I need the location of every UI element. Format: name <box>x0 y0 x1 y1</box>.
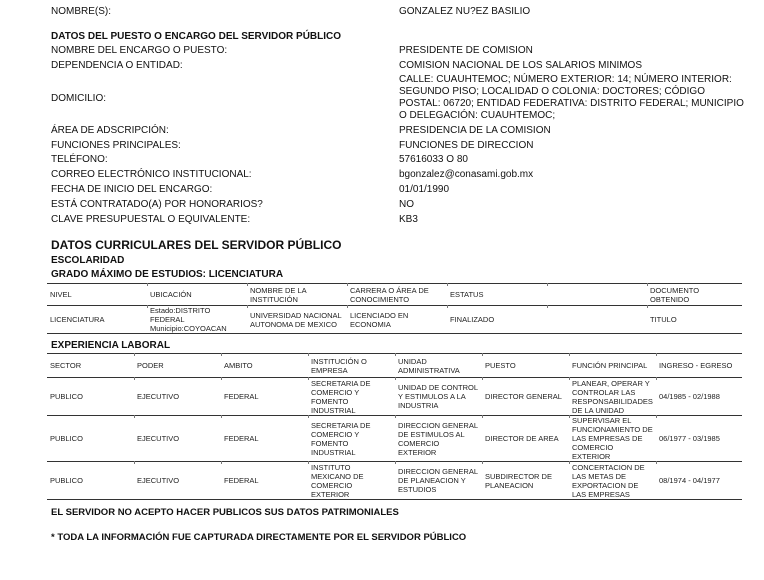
table-row: PUBLICO EJECUTIVO FEDERAL INSTITUTO MEXI… <box>47 462 742 500</box>
cell: FINALIZADO <box>447 306 547 334</box>
cell: DIRECCION GENERAL DE ESTIMULOS AL COMERC… <box>395 416 482 462</box>
field-value: FUNCIONES DE DIRECCION <box>399 140 749 152</box>
cell: PUBLICO <box>47 416 134 462</box>
table-row: PUBLICO EJECUTIVO FEDERAL SECRETARIA DE … <box>47 416 742 462</box>
education-header-row: NIVEL UBICACIÓN NOMBRE DE LA INSTITUCIÓN… <box>47 284 742 306</box>
cell: EJECUTIVO <box>134 378 221 416</box>
education-table: NIVEL UBICACIÓN NOMBRE DE LA INSTITUCIÓN… <box>47 283 742 334</box>
experiencia-heading: EXPERIENCIA LABORAL <box>51 340 170 351</box>
cell: EJECUTIVO <box>134 416 221 462</box>
cell: LICENCIATURA <box>47 306 147 334</box>
cell: DIRECTOR DE AREA <box>482 416 569 462</box>
cell: UNIVERSIDAD NACIONAL AUTONOMA DE MEXICO <box>247 306 347 334</box>
col-header: PODER <box>134 354 221 378</box>
table-row: PUBLICO EJECUTIVO FEDERAL SECRETARIA DE … <box>47 378 742 416</box>
field-label: CLAVE PRESUPUESTAL O EQUIVALENTE: <box>51 214 250 226</box>
capture-note: * TODA LA INFORMACIÓN FUE CAPTURADA DIRE… <box>51 532 466 543</box>
cell: UNIDAD DE CONTROL Y ESTIMULOS A LA INDUS… <box>395 378 482 416</box>
cell: FEDERAL <box>221 378 308 416</box>
field-value: 57616033 O 80 <box>399 154 749 166</box>
col-header: UBICACIÓN <box>147 284 247 306</box>
col-header: PUESTO <box>482 354 569 378</box>
field-value: PRESIDENCIA DE LA COMISION <box>399 125 749 137</box>
nombre-value: GONZALEZ NU?EZ BASILIO <box>399 6 749 18</box>
cell: EJECUTIVO <box>134 462 221 500</box>
nombre-label: NOMBRE(S): <box>51 6 111 18</box>
field-label: FUNCIONES PRINCIPALES: <box>51 140 181 152</box>
table-row: LICENCIATURA Estado:DISTRITO FEDERAL Mun… <box>47 306 742 334</box>
cell: 06/1977 - 03/1985 <box>656 416 742 462</box>
field-value: COMISION NACIONAL DE LOS SALARIOS MINIMO… <box>399 60 749 72</box>
col-header: AMBITO <box>221 354 308 378</box>
col-header: UNIDAD ADMINISTRATIVA <box>395 354 482 378</box>
puesto-section-title: DATOS DEL PUESTO O ENCARGO DEL SERVIDOR … <box>51 31 341 42</box>
col-header: INSTITUCIÓN O EMPRESA <box>308 354 395 378</box>
cell: Estado:DISTRITO FEDERAL Municipio:COYOAC… <box>147 306 247 334</box>
cell: PLANEAR, OPERAR Y CONTROLAR LAS RESPONSA… <box>569 378 656 416</box>
col-header: NOMBRE DE LA INSTITUCIÓN <box>247 284 347 306</box>
cell: DIRECCION GENERAL DE PLANEACION Y ESTUDI… <box>395 462 482 500</box>
patrimonial-notice: EL SERVIDOR NO ACEPTO HACER PUBLICOS SUS… <box>51 507 399 518</box>
field-value: 01/01/1990 <box>399 184 749 196</box>
cell: SECRETARIA DE COMERCIO Y FOMENTO INDUSTR… <box>308 378 395 416</box>
escolaridad-heading: ESCOLARIDAD <box>51 255 124 266</box>
field-label: DOMICILIO: <box>51 93 106 105</box>
cell: LICENCIADO EN ECONOMIA <box>347 306 447 334</box>
col-header: CARRERA O ÁREA DE CONOCIMIENTO <box>347 284 447 306</box>
field-label: ÁREA DE ADSCRIPCIÓN: <box>51 125 169 137</box>
field-value: KB3 <box>399 214 749 226</box>
email-value: bgonzalez@conasami.gob.mx <box>399 169 749 181</box>
experience-table: SECTOR PODER AMBITO INSTITUCIÓN O EMPRES… <box>47 353 742 500</box>
cell: FEDERAL <box>221 462 308 500</box>
cell: TITULO <box>647 306 742 334</box>
field-label: DEPENDENCIA O ENTIDAD: <box>51 60 183 72</box>
col-header: ESTATUS <box>447 284 547 306</box>
field-label: CORREO ELECTRÓNICO INSTITUCIONAL: <box>51 169 252 181</box>
field-value: NO <box>399 199 749 211</box>
field-label: FECHA DE INICIO DEL ENCARGO: <box>51 184 212 196</box>
experience-header-row: SECTOR PODER AMBITO INSTITUCIÓN O EMPRES… <box>47 354 742 378</box>
grado-heading: GRADO MÁXIMO DE ESTUDIOS: LICENCIATURA <box>51 269 283 280</box>
col-header: INGRESO - EGRESO <box>656 354 742 378</box>
field-label: TELÉFONO: <box>51 154 108 166</box>
cell: 04/1985 - 02/1988 <box>656 378 742 416</box>
curricular-section-title: DATOS CURRICULARES DEL SERVIDOR PÚBLICO <box>51 238 341 252</box>
col-header: SECTOR <box>47 354 134 378</box>
col-header: NIVEL <box>47 284 147 306</box>
cell: CONCERTACION DE LAS METAS DE EXPORTACION… <box>569 462 656 500</box>
cell: SECRETARIA DE COMERCIO Y FOMENTO INDUSTR… <box>308 416 395 462</box>
col-header: DOCUMENTO OBTENIDO <box>647 284 742 306</box>
field-label: NOMBRE DEL ENCARGO O PUESTO: <box>51 45 227 57</box>
field-value: CALLE: CUAUHTEMOC; NÚMERO EXTERIOR: 14; … <box>399 74 749 122</box>
col-header: FUNCIÓN PRINCIPAL <box>569 354 656 378</box>
cell <box>547 306 647 334</box>
field-value: PRESIDENTE DE COMISION <box>399 45 749 57</box>
field-label: ESTÁ CONTRATADO(A) POR HONORARIOS? <box>51 199 263 211</box>
cell: INSTITUTO MEXICANO DE COMERCIO EXTERIOR <box>308 462 395 500</box>
cell: SUBDIRECTOR DE PLANEACION <box>482 462 569 500</box>
cell: PUBLICO <box>47 378 134 416</box>
cell: 08/1974 - 04/1977 <box>656 462 742 500</box>
col-header <box>547 284 647 306</box>
cell: DIRECTOR GENERAL <box>482 378 569 416</box>
cell: SUPERVISAR EL FUNCIONAMIENTO DE LAS EMPR… <box>569 416 656 462</box>
cell: FEDERAL <box>221 416 308 462</box>
cell: PUBLICO <box>47 462 134 500</box>
